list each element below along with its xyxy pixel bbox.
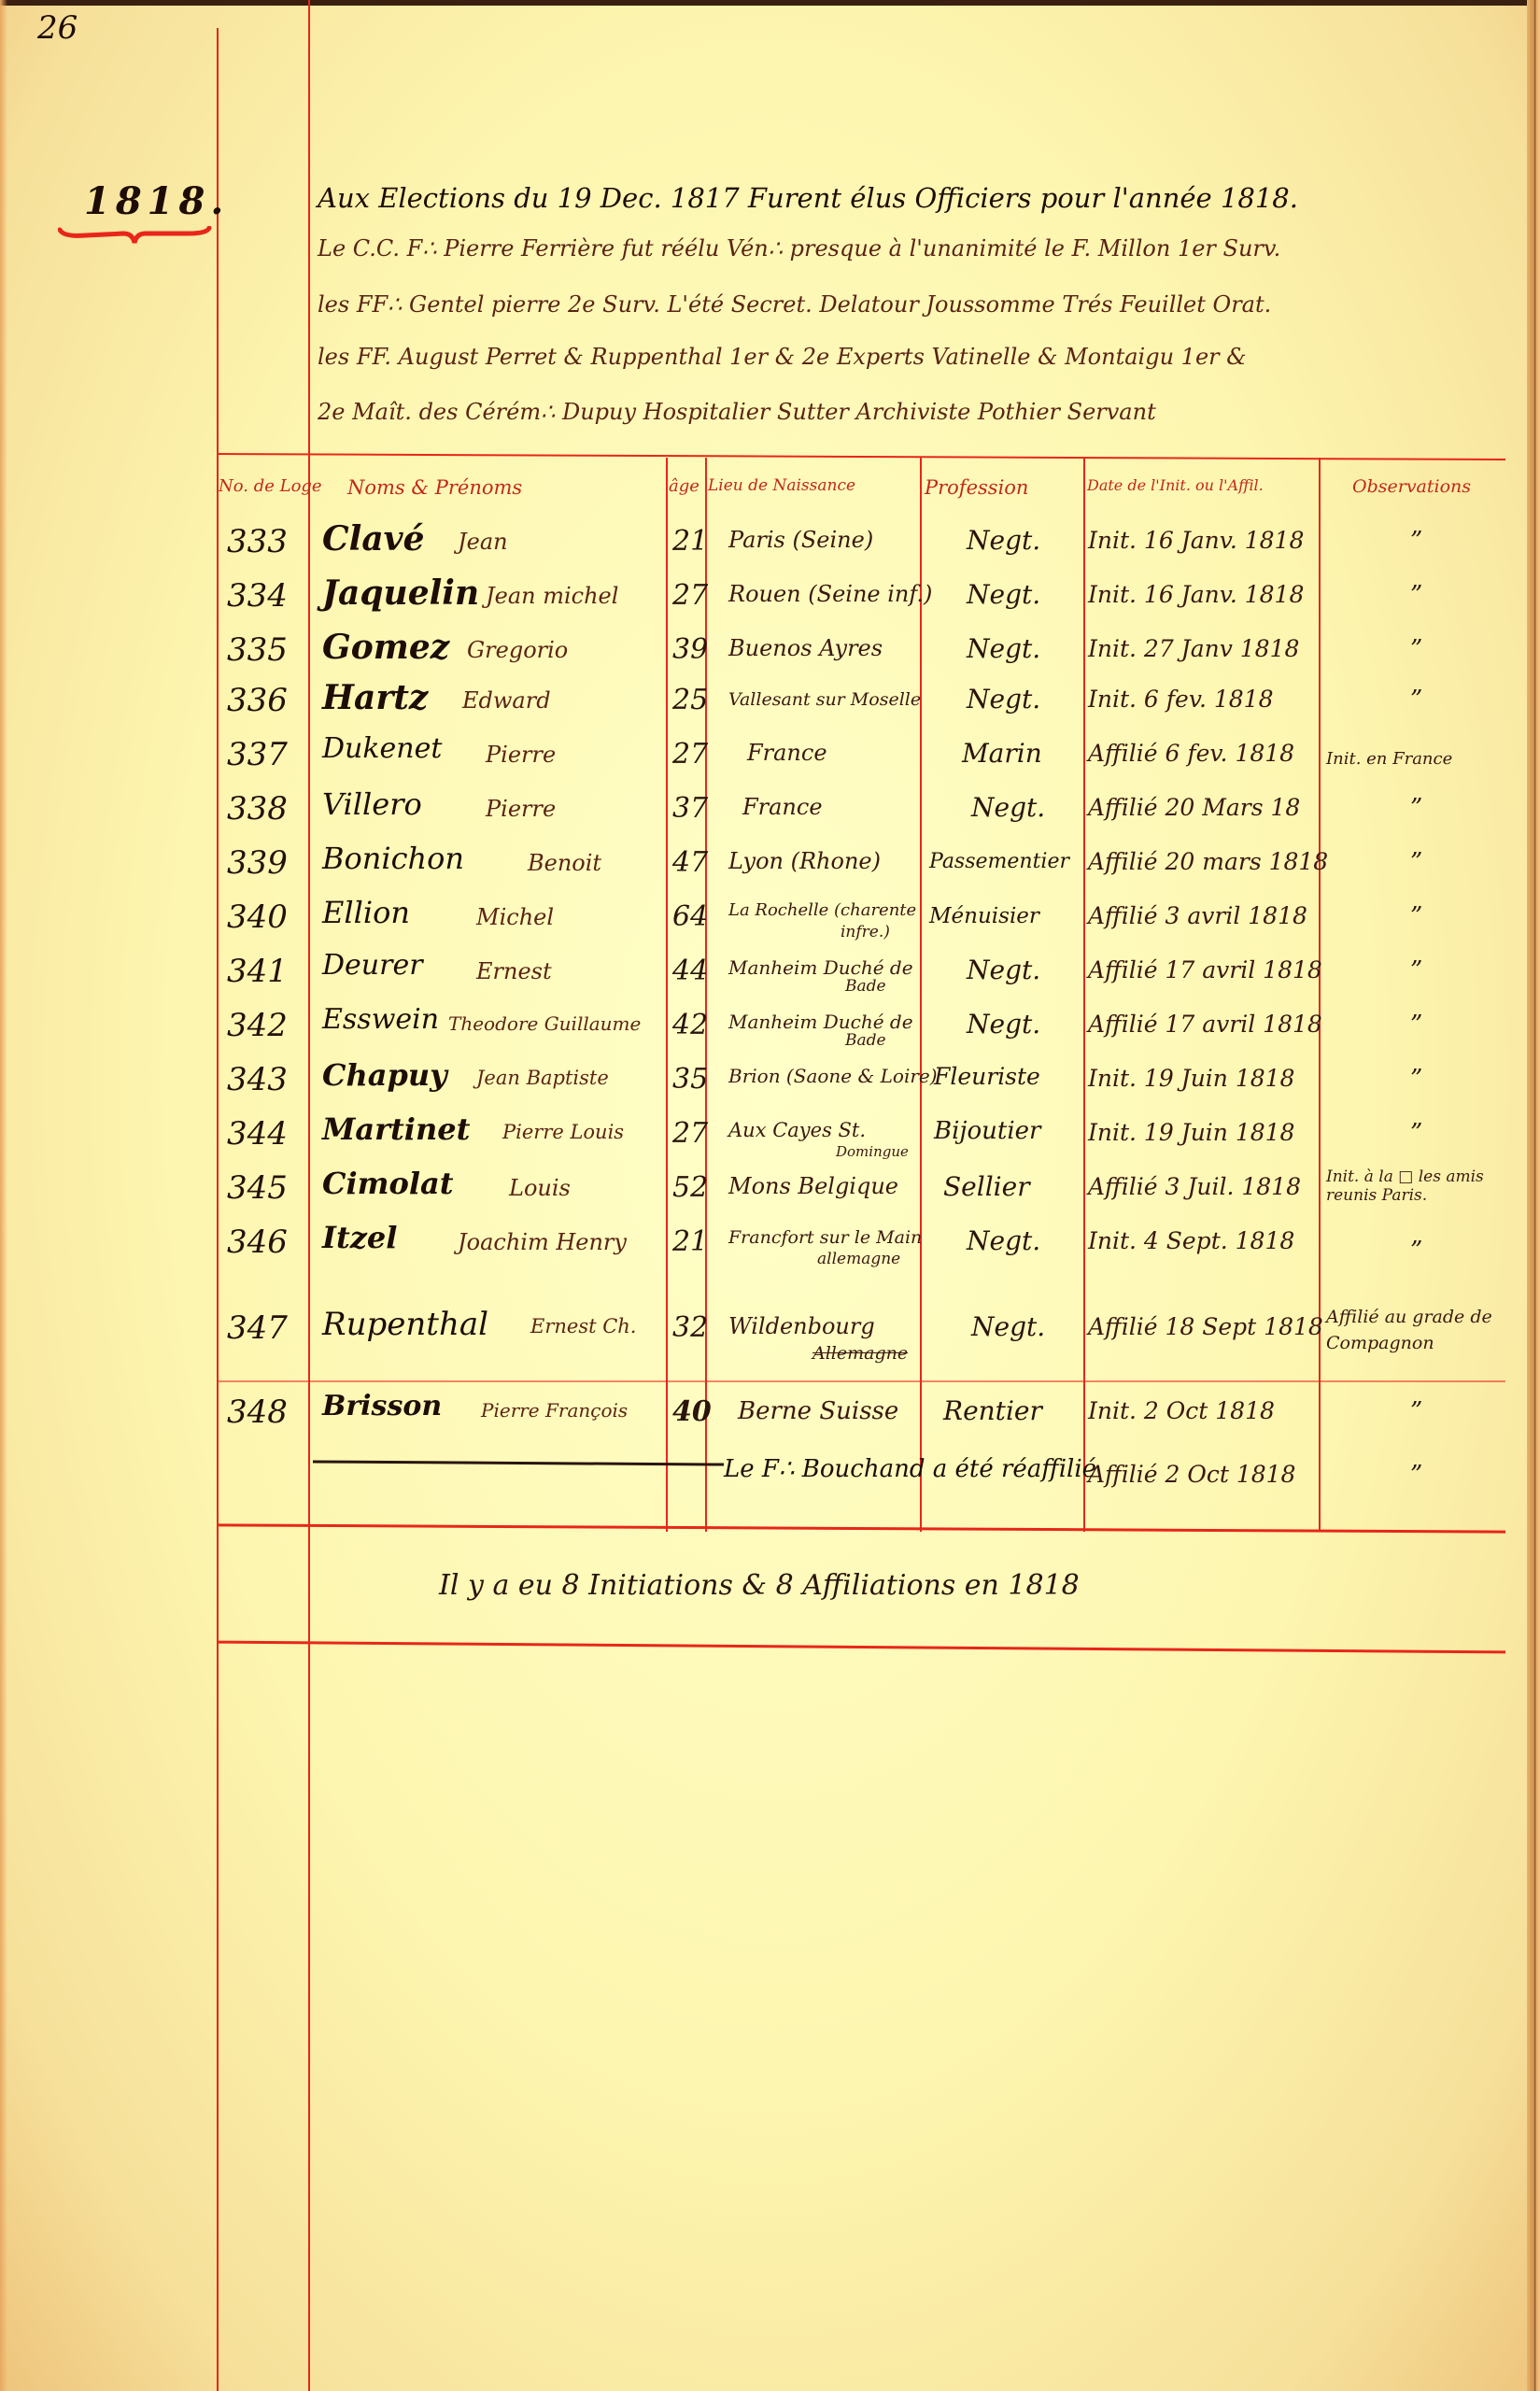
cell-observation: ” [1410, 848, 1422, 876]
table-row: 344 Martinet Pierre Louis 27 Aux Cayes S… [0, 1108, 1540, 1161]
header-line-5: 2e Maît. des Cérém∴ Dupuy Hospitalier Su… [318, 399, 1156, 425]
column-header-age: âge [669, 476, 699, 496]
cell-date: Affilié 17 avril 1818 [1088, 1011, 1322, 1038]
cell-no: 342 [227, 1007, 288, 1044]
cell-surname: Clavé [322, 519, 424, 559]
cell-profession: Negt. [967, 633, 1040, 664]
cell-observation: ” [1410, 581, 1422, 609]
cell-age: 40 [672, 1395, 712, 1428]
cell-given-name: Gregorio [467, 637, 568, 663]
cell-age: 44 [672, 955, 708, 987]
cell-given-name: Edward [462, 687, 551, 714]
cell-given-name: Pierre [486, 742, 556, 768]
cell-observation: ” [1410, 902, 1422, 930]
year-heading: 1818. [84, 179, 229, 223]
cell-given-name: Jean michel [486, 583, 618, 609]
cell-age: 39 [672, 633, 708, 666]
table-row: 346 Itzel Joachim Henry 21 Francfort sur… [0, 1216, 1540, 1269]
ledger-page: 26 1818. Aux Elections du 19 Dec. 1817 F… [0, 0, 1540, 2391]
cell-birthplace: Aux Cayes St. [728, 1119, 866, 1141]
cell-no: 345 [227, 1169, 288, 1207]
cell-surname: Esswein [322, 1003, 439, 1036]
table-row: 333 Clavé Jean 21 Paris (Seine) Negt. In… [0, 516, 1540, 569]
cell-date: Init. 2 Oct 1818 [1088, 1397, 1275, 1424]
cell-observation: ” [1410, 635, 1422, 663]
cell-surname: Martinet [322, 1111, 470, 1147]
table-row: 337 Dukenet Pierre 27 France Marin Affil… [0, 729, 1540, 782]
header-line-4: les FF. August Perret & Ruppenthal 1er &… [318, 344, 1247, 370]
header-line-3: les FF∴ Gentel pierre 2e Surv. L'été Sec… [318, 291, 1271, 318]
cell-age: 64 [672, 900, 708, 933]
cell-no: 333 [227, 523, 288, 560]
table-row: 343 Chapuy Jean Baptiste 35 Brion (Saone… [0, 1054, 1540, 1107]
cell-surname: Chapuy [322, 1057, 447, 1093]
cell-profession: Negt. [971, 1311, 1045, 1342]
cell-birthplace: Buenos Ayres [728, 635, 883, 661]
cell-birthplace: Mons Belgique [728, 1173, 898, 1199]
note-observation: ” [1410, 1461, 1422, 1489]
cell-birthplace-sub: infre.) [841, 923, 890, 941]
cell-no: 340 [227, 898, 288, 936]
cell-profession: Bijoutier [934, 1117, 1040, 1145]
column-header-names: Noms & Prénoms [347, 476, 522, 499]
cell-given-name: Benoit [528, 850, 601, 876]
cell-age: 52 [672, 1171, 708, 1204]
column-header-observations: Observations [1352, 476, 1471, 497]
cell-birthplace-sub: Bade [845, 1031, 886, 1050]
cell-date: Init. 16 Janv. 1818 [1088, 527, 1304, 554]
cell-birthplace: Manheim Duché de [728, 956, 913, 979]
cell-surname: Jaquelin [322, 573, 479, 613]
column-header-no: No. de Loge [219, 476, 322, 496]
table-row: 334 Jaquelin Jean michel 27 Rouen (Seine… [0, 570, 1540, 623]
table-row: 338 Villero Pierre 37 France Negt. Affil… [0, 783, 1540, 836]
table-row: 342 Esswein Theodore Guillaume 42 Manhei… [0, 999, 1540, 1053]
cell-no: 334 [227, 577, 288, 615]
cell-date: Affilié 20 Mars 18 [1088, 794, 1300, 821]
cell-date: Init. 19 Juin 1818 [1088, 1119, 1294, 1146]
row-separator-faint [217, 1380, 1505, 1382]
cell-date: Affilié 20 mars 1818 [1088, 848, 1328, 875]
cell-no: 346 [227, 1224, 288, 1261]
cell-birthplace: Vallesant sur Moselle [728, 689, 921, 710]
cell-age: 35 [672, 1063, 708, 1096]
cell-surname: Itzel [322, 1220, 397, 1255]
cell-observation: ” [1410, 1397, 1422, 1425]
cell-surname: Gomez [322, 628, 449, 667]
cell-birthplace: Paris (Seine) [728, 527, 873, 553]
cell-given-name: Theodore Guillaume [448, 1012, 641, 1035]
cell-no: 338 [227, 790, 288, 828]
cell-date: Affilié 3 avril 1818 [1088, 902, 1307, 929]
table-row: 339 Bonichon Benoit 47 Lyon (Rhone) Pass… [0, 837, 1540, 890]
cell-observation: ” [1410, 794, 1422, 822]
cell-date: Init. 6 fev. 1818 [1088, 686, 1274, 713]
cell-birthplace: Wildenbourg [728, 1313, 875, 1339]
cell-observation: ” [1410, 1065, 1422, 1093]
table-row: 345 Cimolat Louis 52 Mons Belgique Selli… [0, 1162, 1540, 1215]
cell-birthplace: Brion (Saone & Loire) [728, 1065, 938, 1087]
cell-birthplace: La Rochelle (charente [728, 900, 916, 920]
cell-profession: Negt. [971, 792, 1045, 823]
cell-given-name: Pierre [486, 796, 556, 822]
cell-age: 47 [672, 846, 708, 879]
cell-no: 344 [227, 1115, 288, 1153]
cell-birthplace: Rouen (Seine inf.) [728, 581, 932, 607]
header-line-1: Aux Elections du 19 Dec. 1817 Furent élu… [318, 182, 1298, 214]
cell-profession: Negt. [967, 955, 1040, 985]
cell-no: 341 [227, 953, 288, 990]
cell-age: 21 [672, 1225, 708, 1258]
cell-profession: Negt. [967, 1225, 1040, 1256]
column-header-birthplace: Lieu de Naissance [708, 476, 855, 495]
cell-birthplace-sub: Bade [845, 977, 886, 996]
table-note-row: Le F∴ Bouchand a été réaffilié Affilié 2… [0, 1446, 1540, 1499]
summary-text: Il y a eu 8 Initiations & 8 Affiliations… [439, 1569, 1080, 1602]
cell-age: 27 [672, 1117, 708, 1150]
cell-profession: Negt. [967, 525, 1040, 556]
table-row: 335 Gomez Gregorio 39 Buenos Ayres Negt.… [0, 624, 1540, 677]
table-bottom-rule [217, 1523, 1505, 1533]
cell-given-name: Ernest [476, 958, 552, 984]
column-header-profession: Profession [925, 476, 1028, 499]
cell-birthplace-sub: Allemagne [812, 1343, 908, 1364]
cell-age: 32 [672, 1311, 708, 1344]
cell-date: Init. 27 Janv 1818 [1088, 635, 1299, 662]
cell-age: 27 [672, 579, 708, 612]
cell-surname: Ellion [322, 895, 410, 930]
cell-date: Init. 16 Janv. 1818 [1088, 581, 1304, 608]
cell-no: 343 [227, 1061, 288, 1098]
table-row: 340 Ellion Michel 64 La Rochelle (charen… [0, 891, 1540, 944]
cell-surname: Dukenet [322, 732, 442, 765]
cell-profession: Rentier [943, 1395, 1042, 1426]
cell-given-name: Michel [476, 904, 554, 930]
cell-profession: Fleuriste [934, 1063, 1040, 1090]
cell-birthplace: Berne Suisse [738, 1397, 898, 1425]
note-date: Affilié 2 Oct 1818 [1088, 1461, 1295, 1488]
cell-observation: Init. en France [1326, 749, 1452, 769]
cell-profession: Negt. [967, 1009, 1040, 1040]
cell-no: 335 [227, 631, 288, 669]
cell-birthplace: Lyon (Rhone) [728, 848, 881, 874]
cell-given-name: Ernest Ch. [530, 1315, 636, 1337]
cell-age: 37 [672, 792, 708, 825]
cell-birthplace: France [742, 794, 823, 820]
cell-no: 348 [227, 1394, 288, 1431]
cell-date: Affilié 3 Juil. 1818 [1088, 1173, 1301, 1200]
summary-bottom-rule [217, 1641, 1505, 1654]
cell-date: Init. 19 Juin 1818 [1088, 1065, 1294, 1092]
cell-observation: Init. à la □ les amis reunis Paris. [1326, 1167, 1494, 1205]
cell-given-name: Joachim Henry [458, 1229, 627, 1255]
cell-no: 337 [227, 736, 288, 773]
cell-surname: Hartz [322, 678, 428, 717]
page-top-edge [0, 0, 1540, 6]
cell-no: 336 [227, 682, 288, 719]
cell-observation: ” [1410, 1237, 1422, 1265]
cell-age: 27 [672, 738, 708, 771]
table-row: 341 Deurer Ernest 44 Manheim Duché de Ba… [0, 945, 1540, 998]
cell-observation: ” [1410, 1011, 1422, 1039]
cell-surname: Bonichon [322, 841, 464, 876]
cell-profession: Negt. [967, 579, 1040, 610]
cell-age: 42 [672, 1009, 708, 1041]
cell-surname: Deurer [322, 949, 423, 982]
cell-profession: Sellier [943, 1171, 1030, 1202]
table-row: 336 Hartz Edward 25 Vallesant sur Mosell… [0, 674, 1540, 728]
cell-birthplace-sub: allemagne [817, 1250, 900, 1268]
cell-surname: Cimolat [322, 1166, 454, 1201]
cell-date: Affilié 18 Sept 1818 [1088, 1313, 1323, 1340]
column-header-date: Date de l'Init. ou l'Affil. [1087, 476, 1264, 494]
red-brace-underline [58, 226, 212, 247]
cell-no: 339 [227, 844, 288, 882]
cell-observation: ” [1410, 686, 1422, 714]
cell-given-name: Jean [458, 529, 508, 555]
cell-profession: Passementier [929, 850, 1069, 873]
cell-observation: ” [1410, 956, 1422, 984]
cell-observation: Affilié au grade de Compagnon [1326, 1304, 1504, 1356]
page-number: 26 [37, 9, 78, 47]
cell-surname: Villero [322, 786, 422, 822]
cell-profession: Negt. [967, 684, 1040, 714]
table-row: 347 Rupenthal Ernest Ch. 32 Wildenbourg … [0, 1302, 1540, 1355]
cell-given-name: Louis [509, 1175, 571, 1201]
cell-birthplace: Francfort sur le Main [728, 1227, 922, 1248]
cell-age: 25 [672, 684, 708, 716]
cell-profession: Ménuisier [929, 904, 1039, 928]
cell-age: 21 [672, 525, 708, 558]
cell-surname: Brisson [322, 1390, 442, 1422]
cell-birthplace: France [747, 740, 827, 766]
cell-date: Init. 4 Sept. 1818 [1088, 1227, 1294, 1254]
header-line-2: Le C.C. F∴ Pierre Ferrière fut réélu Vén… [318, 235, 1280, 262]
cell-birthplace-sub: Domingue [836, 1143, 909, 1160]
cell-surname: Rupenthal [322, 1306, 488, 1343]
table-row: 348 Brisson Pierre François 40 Berne Sui… [0, 1386, 1540, 1439]
cell-date: Affilié 17 avril 1818 [1088, 956, 1322, 983]
note-text: Le F∴ Bouchand a été réaffilié [724, 1455, 1096, 1483]
cell-observation: ” [1410, 527, 1422, 555]
table-top-rule [217, 453, 1505, 460]
cell-given-name: Pierre Louis [502, 1121, 624, 1143]
cell-observation: ” [1410, 1119, 1422, 1147]
cell-given-name: Jean Baptiste [476, 1067, 609, 1089]
cell-profession: Marin [962, 738, 1042, 769]
cell-given-name: Pierre François [481, 1399, 628, 1422]
cell-no: 347 [227, 1309, 288, 1347]
cell-date: Affilié 6 fev. 1818 [1088, 740, 1294, 767]
cell-birthplace: Manheim Duché de [728, 1011, 913, 1033]
